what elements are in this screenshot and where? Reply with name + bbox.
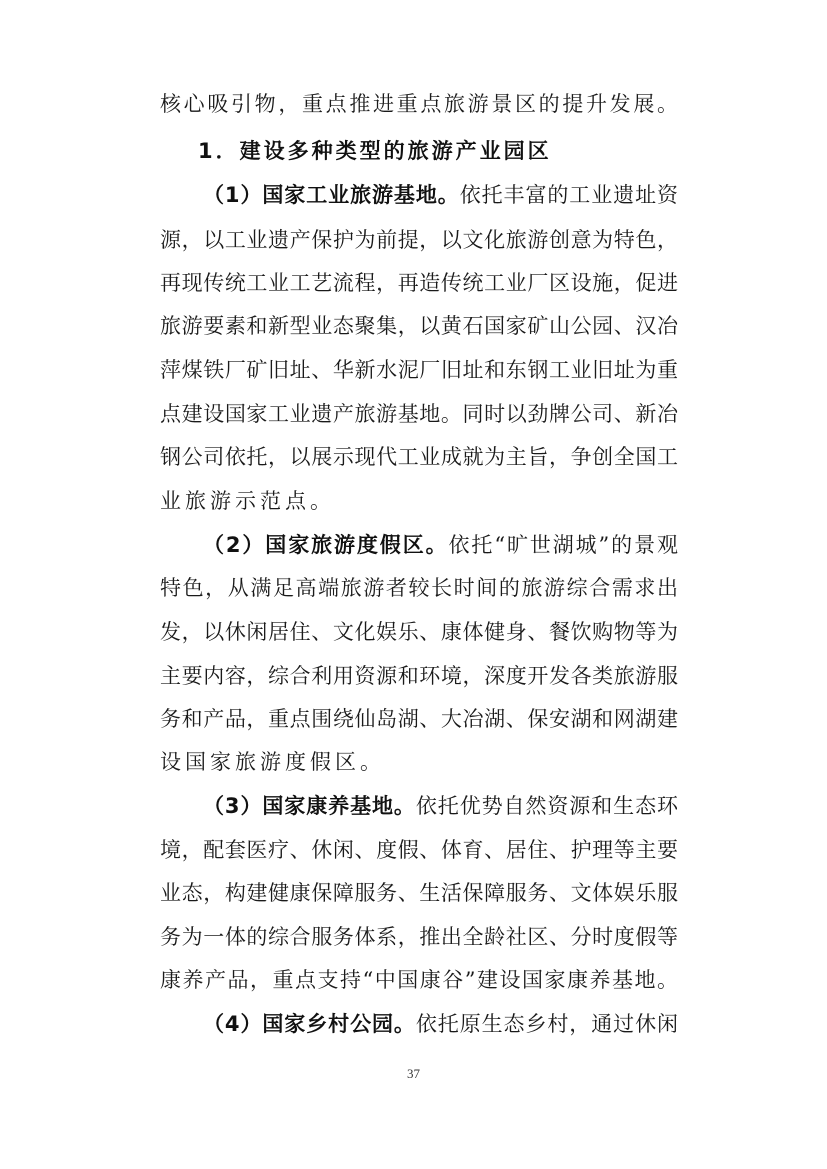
document-page: 核心吸引物，重点推进重点旅游景区的提升发展。 1．建设多种类型的旅游产业园区 （… — [0, 0, 827, 1169]
item-2-title: （2）国家旅游度假区。 — [203, 533, 449, 557]
item-4-first-line: （4）国家乡村公园。依托原生态乡村，通过休闲 — [203, 1006, 678, 1042]
item-2-text: 依托“旷世湖城”的景观 — [449, 533, 678, 557]
paragraph-line: 主要内容，综合利用资源和环境，深度开发各类旅游服 — [160, 658, 678, 694]
paragraph-line: 萍煤铁厂矿旧址、华新水泥厂旧址和东钢工业旧址为重 — [160, 352, 678, 388]
paragraph-line: 再现传统工业工艺流程，再造传统工业厂区设施，促进 — [160, 265, 678, 301]
item-4-text: 依托原生态乡村，通过休闲 — [416, 1012, 678, 1036]
paragraph-line: 发，以休闲居住、文化娱乐、康体健身、餐饮购物等为 — [160, 614, 678, 650]
item-1-title: （1）国家工业旅游基地。 — [203, 183, 460, 207]
paragraph-line: 特色，从满足高端旅游者较长时间的旅游综合需求出 — [160, 570, 678, 606]
paragraph-line: 务和产品，重点围绕仙岛湖、大冶湖、保安湖和网湖建 — [160, 701, 678, 737]
paragraph-line: 源，以工业遗产保护为前提，以文化旅游创意为特色， — [160, 222, 678, 258]
paragraph-line: 点建设国家工业遗产旅游基地。同时以劲牌公司、新冶 — [160, 396, 678, 432]
paragraph-line: 境，配套医疗、休闲、度假、体育、居住、护理等主要 — [160, 832, 678, 868]
item-3-text: 依托优势自然资源和生态环 — [416, 794, 678, 818]
paragraph-line: 康养产品，重点支持“中国康谷”建设国家康养基地。 — [160, 962, 678, 998]
item-4-title: （4）国家乡村公园。 — [203, 1012, 416, 1036]
paragraph-line: 业态，构建健康保障服务、生活保障服务、文体娱乐服 — [160, 875, 678, 911]
item-1-text: 依托丰富的工业遗址资 — [460, 183, 678, 207]
page-number: 37 — [0, 1066, 827, 1082]
paragraph-line: 钢公司依托，以展示现代工业成就为主旨，争创全国工 — [160, 439, 678, 475]
paragraph-line: 设国家旅游度假区。 — [160, 744, 678, 780]
paragraph-line: 业旅游示范点。 — [160, 483, 678, 519]
item-3-first-line: （3）国家康养基地。依托优势自然资源和生态环 — [203, 788, 678, 824]
paragraph-line: 务为一体的综合服务体系，推出全龄社区、分时度假等 — [160, 919, 678, 955]
section-heading: 1．建设多种类型的旅游产业园区 — [198, 133, 552, 169]
item-1-first-line: （1）国家工业旅游基地。依托丰富的工业遗址资 — [203, 177, 678, 213]
paragraph-line: 旅游要素和新型业态聚集，以黄石国家矿山公园、汉冶 — [160, 308, 678, 344]
item-2-first-line: （2）国家旅游度假区。依托“旷世湖城”的景观 — [203, 527, 678, 563]
paragraph-line: 核心吸引物，重点推进重点旅游景区的提升发展。 — [160, 86, 678, 122]
item-3-title: （3）国家康养基地。 — [203, 794, 416, 818]
